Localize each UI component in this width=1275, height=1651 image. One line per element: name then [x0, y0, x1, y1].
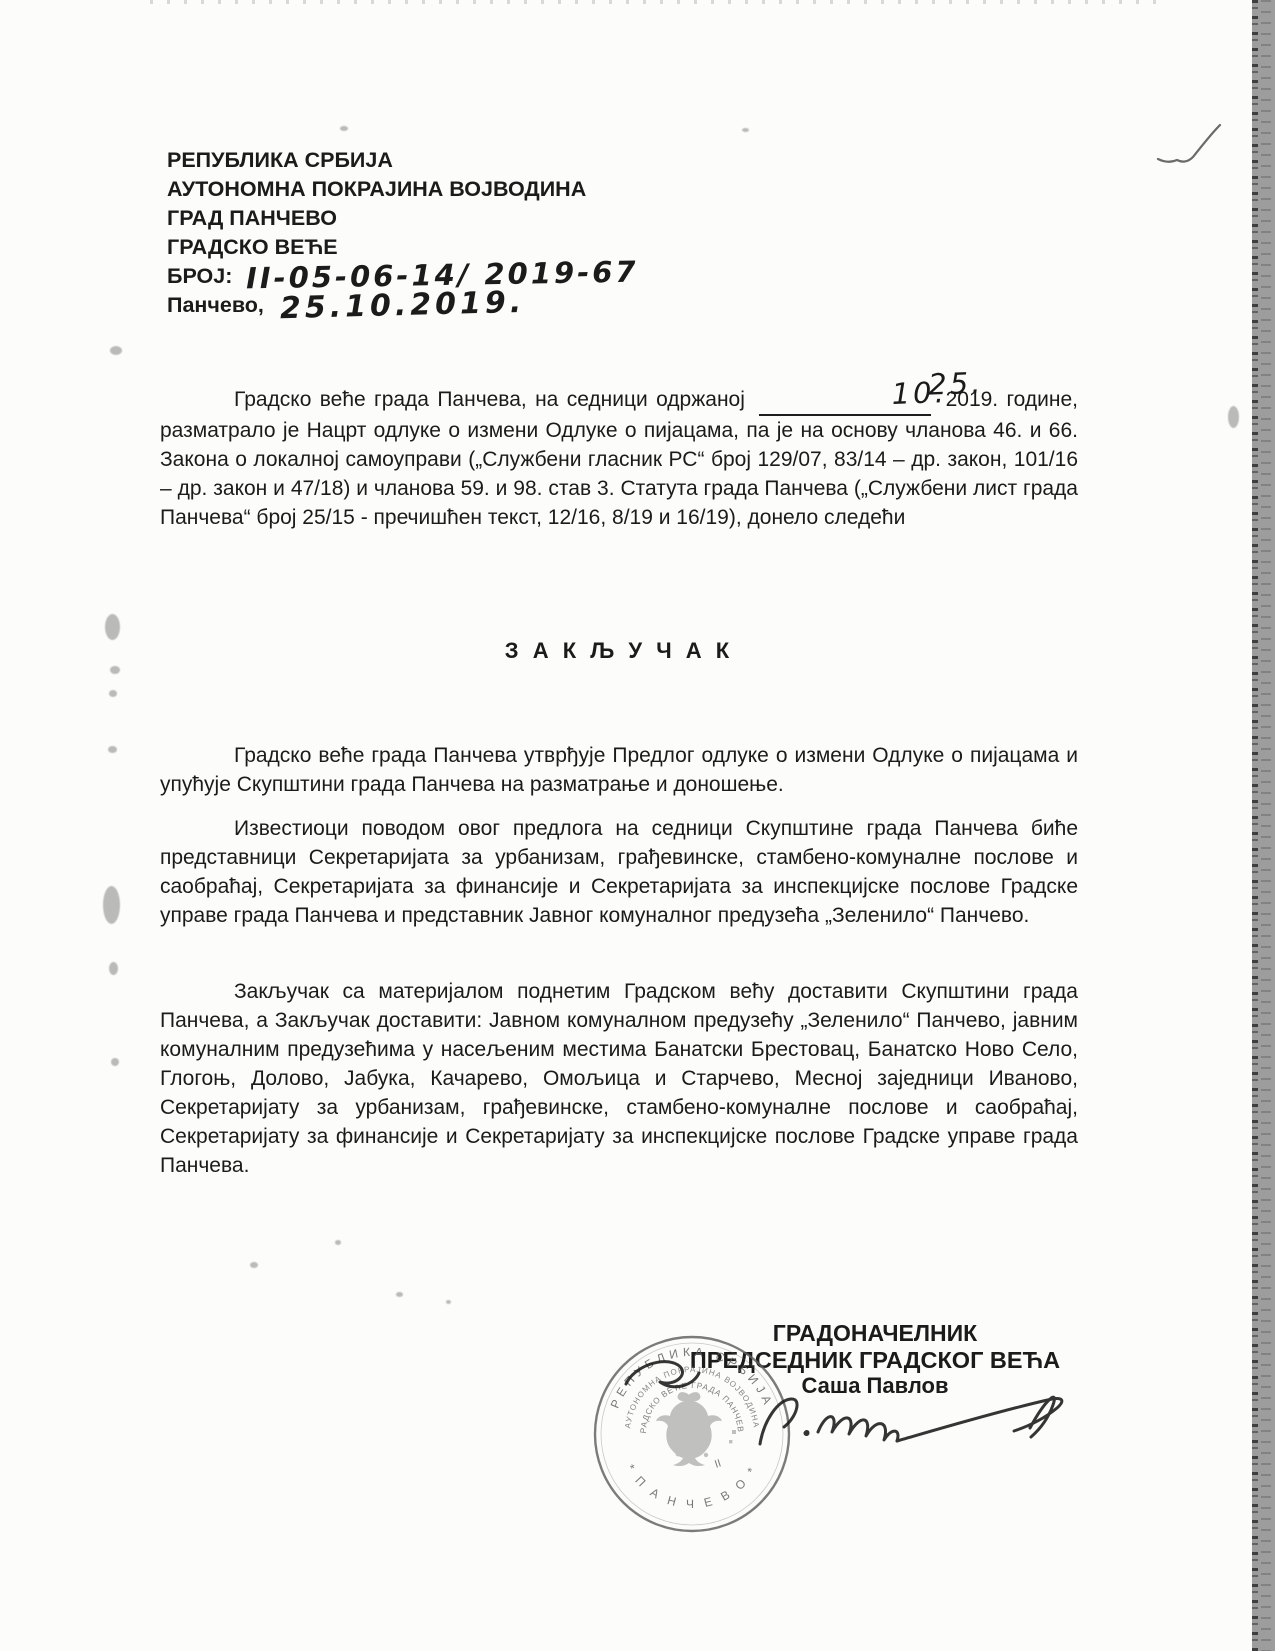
letterhead-line-city: ГРАД ПАНЧЕВО	[167, 204, 631, 233]
scan-top-noise	[150, 0, 1160, 4]
scan-speck	[110, 666, 120, 674]
scan-speck	[109, 690, 117, 697]
handwritten-session-date: 25. 10.	[833, 378, 1005, 400]
handwritten-date: 25.10.2019.	[280, 292, 526, 320]
paragraph-session-intro: Градско веће града Панчева, на седници о…	[160, 384, 1078, 532]
handwritten-signature	[600, 1340, 1080, 1470]
scan-speck	[340, 126, 348, 131]
scan-speck	[250, 1262, 258, 1268]
scan-speck	[109, 962, 118, 975]
scan-speck	[742, 128, 749, 132]
handwritten-session-date-slot: 25. 10.	[759, 384, 931, 416]
place-label: Панчево,	[167, 293, 264, 317]
scanned-document-page: РЕПУБЛИКА СРБИЈА АУТОНОМНА ПОКРАЈИНА ВОЈ…	[0, 0, 1275, 1651]
scan-speck	[335, 1240, 341, 1245]
scan-speck	[105, 614, 120, 640]
p1-text-before-date: Градско веће града Панчева, на седници о…	[234, 388, 745, 411]
paragraph-distribution: Закључак са материјалом поднетим Градско…	[160, 977, 1078, 1180]
scan-speck	[111, 1058, 119, 1066]
letterhead: РЕПУБЛИКА СРБИЈА АУТОНОМНА ПОКРАЈИНА ВОЈ…	[167, 146, 631, 320]
handwritten-case-number: II-05-06-14/ 2019-67	[246, 261, 639, 290]
scan-edge-band	[1252, 0, 1275, 1651]
letterhead-date-line: Панчево, 25.10.2019.	[167, 291, 631, 320]
pen-checkmark	[1150, 118, 1230, 173]
paragraph-decision: Градско веће града Панчева утврђује Пред…	[160, 741, 1078, 799]
paragraph-rapporteurs: Известиоци поводом овог предлога на седн…	[160, 814, 1078, 930]
letterhead-line-republic: РЕПУБЛИКА СРБИЈА	[167, 146, 631, 175]
scan-speck	[110, 346, 122, 355]
scan-speck	[446, 1300, 451, 1304]
document-title-zakljucak: З А К Љ У Ч А К	[160, 638, 1078, 664]
scan-speck	[103, 886, 120, 924]
letterhead-line-province: АУТОНОМНА ПОКРАЈИНА ВОЈВОДИНА	[167, 175, 631, 204]
scan-speck	[396, 1292, 403, 1297]
case-number-label: БРОЈ:	[167, 264, 232, 288]
scan-speck	[1228, 406, 1239, 428]
scan-speck	[108, 746, 117, 753]
letterhead-number-line: БРОЈ: II-05-06-14/ 2019-67	[167, 262, 631, 291]
